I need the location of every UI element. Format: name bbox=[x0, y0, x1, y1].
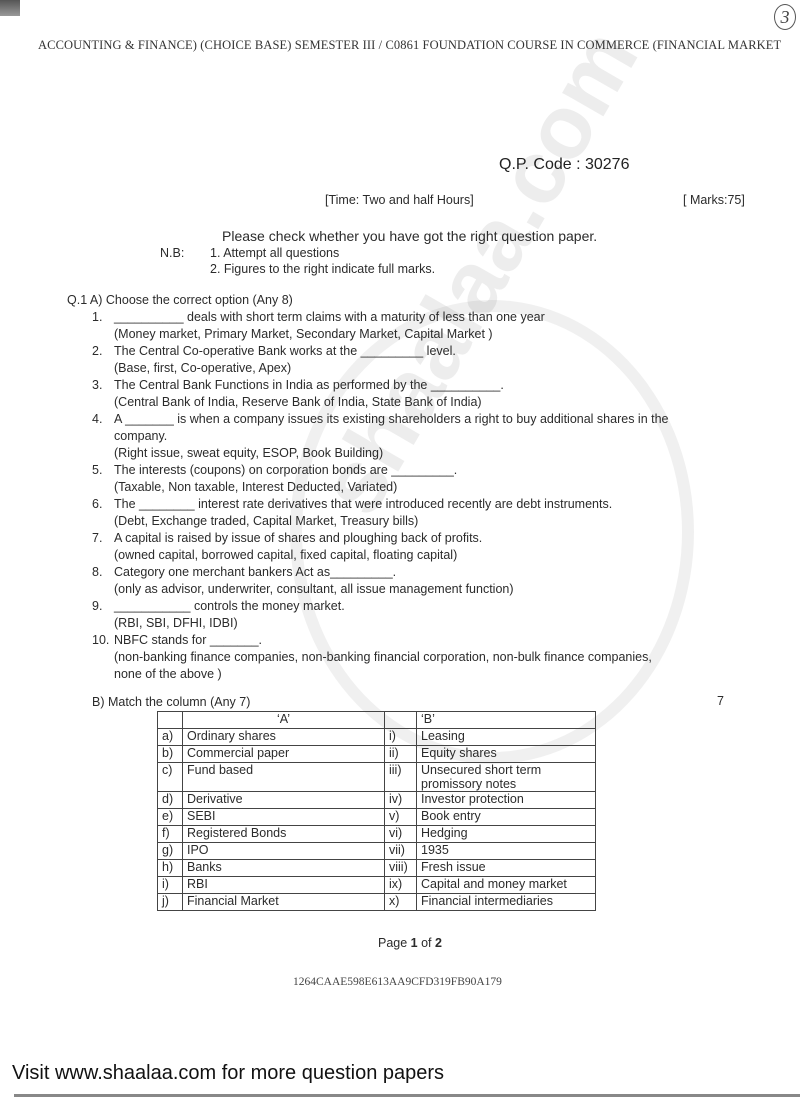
row-roman: ix) bbox=[385, 877, 417, 894]
scan-artifact bbox=[0, 0, 20, 16]
column-a-item: Fund based bbox=[183, 763, 385, 792]
row-roman: iv) bbox=[385, 792, 417, 809]
question-options: (Debt, Exchange traded, Capital Market, … bbox=[114, 513, 418, 530]
question-number: 2. bbox=[92, 343, 102, 360]
question-options: (Base, first, Co-operative, Apex) bbox=[114, 360, 291, 377]
question-options: (Right issue, sweat equity, ESOP, Book B… bbox=[114, 445, 383, 462]
row-letter: e) bbox=[158, 809, 183, 826]
row-letter: c) bbox=[158, 763, 183, 792]
row-letter: b) bbox=[158, 746, 183, 763]
column-b-item: Financial intermediaries bbox=[417, 894, 596, 911]
document-hash: 1264CAAE598E613AA9CFD319FB90A179 bbox=[293, 976, 502, 988]
row-roman: iii) bbox=[385, 763, 417, 792]
row-roman: v) bbox=[385, 809, 417, 826]
question-number: 5. bbox=[92, 462, 102, 479]
column-b-item: Equity shares bbox=[417, 746, 596, 763]
question-options: (owned capital, borrowed capital, fixed … bbox=[114, 547, 457, 564]
question-number: 3. bbox=[92, 377, 102, 394]
q1b-heading: B) Match the column (Any 7) bbox=[92, 694, 250, 711]
column-a-item: SEBI bbox=[183, 809, 385, 826]
match-header-row: ‘A’ ‘B’ bbox=[158, 712, 596, 729]
question-text: A _______ is when a company issues its e… bbox=[114, 411, 669, 428]
exam-time: [Time: Two and half Hours] bbox=[325, 193, 474, 207]
column-b-item: Fresh issue bbox=[417, 860, 596, 877]
bottom-rule bbox=[14, 1094, 800, 1097]
match-row: h)Banksviii)Fresh issue bbox=[158, 860, 596, 877]
nb-label: N.B: bbox=[160, 246, 184, 260]
question-text: The Central Bank Functions in India as p… bbox=[114, 377, 504, 394]
question-options: (Money market, Primary Market, Secondary… bbox=[114, 326, 493, 343]
column-a-item: RBI bbox=[183, 877, 385, 894]
column-b-item: Capital and money market bbox=[417, 877, 596, 894]
question-number: 4. bbox=[92, 411, 102, 428]
qp-code: Q.P. Code : 30276 bbox=[499, 156, 629, 174]
match-row: i)RBIix)Capital and money market bbox=[158, 877, 596, 894]
column-a-item: Registered Bonds bbox=[183, 826, 385, 843]
check-note: Please check whether you have got the ri… bbox=[222, 228, 597, 244]
question-number: 8. bbox=[92, 564, 102, 581]
match-row: f)Registered Bondsvi)Hedging bbox=[158, 826, 596, 843]
col-b-header: ‘B’ bbox=[417, 712, 596, 729]
handwritten-page-number: 3 bbox=[774, 4, 796, 30]
question-options-cont: none of the above ) bbox=[114, 666, 222, 683]
row-roman: vi) bbox=[385, 826, 417, 843]
question-text: __________ deals with short term claims … bbox=[114, 309, 545, 326]
question-options: (only as advisor, underwriter, consultan… bbox=[114, 581, 514, 598]
exam-marks: [ Marks:75] bbox=[683, 193, 745, 207]
q1a-heading: Q.1 A) Choose the correct option (Any 8) bbox=[67, 292, 293, 309]
column-b-item: Investor protection bbox=[417, 792, 596, 809]
row-letter: f) bbox=[158, 826, 183, 843]
column-a-item: Banks bbox=[183, 860, 385, 877]
question-number: 10. bbox=[92, 632, 109, 649]
question-text: A capital is raised by issue of shares a… bbox=[114, 530, 482, 547]
question-options: (Central Bank of India, Reserve Bank of … bbox=[114, 394, 482, 411]
column-b-item: Hedging bbox=[417, 826, 596, 843]
row-letter: d) bbox=[158, 792, 183, 809]
match-row: c)Fund basediii)Unsecured short term pro… bbox=[158, 763, 596, 792]
row-roman: viii) bbox=[385, 860, 417, 877]
col-a-header: ‘A’ bbox=[183, 712, 385, 729]
match-row: d)Derivativeiv)Investor protection bbox=[158, 792, 596, 809]
question-text: NBFC stands for _______. bbox=[114, 632, 262, 649]
nb-item: 1. Attempt all questions bbox=[210, 246, 339, 260]
question-options: (RBI, SBI, DFHI, IDBI) bbox=[114, 615, 238, 632]
column-a-item: Ordinary shares bbox=[183, 729, 385, 746]
question-text: The Central Co-operative Bank works at t… bbox=[114, 343, 456, 360]
match-row: g)IPOvii)1935 bbox=[158, 843, 596, 860]
row-letter: j) bbox=[158, 894, 183, 911]
row-roman: x) bbox=[385, 894, 417, 911]
course-header: ACCOUNTING & FINANCE) (CHOICE BASE) SEME… bbox=[38, 38, 781, 53]
question-text: The ________ interest rate derivatives t… bbox=[114, 496, 612, 513]
row-letter: h) bbox=[158, 860, 183, 877]
column-b-item: Leasing bbox=[417, 729, 596, 746]
question-options: (non-banking finance companies, non-bank… bbox=[114, 649, 652, 666]
q1b-marks: 7 bbox=[717, 694, 724, 708]
question-number: 1. bbox=[92, 309, 102, 326]
column-b-item: Book entry bbox=[417, 809, 596, 826]
column-a-item: Commercial paper bbox=[183, 746, 385, 763]
nb-item: 2. Figures to the right indicate full ma… bbox=[210, 262, 435, 276]
match-row: e)SEBIv)Book entry bbox=[158, 809, 596, 826]
question-text: The interests (coupons) on corporation b… bbox=[114, 462, 457, 479]
row-letter: i) bbox=[158, 877, 183, 894]
match-table: ‘A’ ‘B’ a)Ordinary sharesi)Leasingb)Comm… bbox=[157, 711, 596, 911]
question-text: ___________ controls the money market. bbox=[114, 598, 345, 615]
row-roman: ii) bbox=[385, 746, 417, 763]
visit-banner: Visit www.shaalaa.com for more question … bbox=[12, 1062, 444, 1085]
column-a-item: Derivative bbox=[183, 792, 385, 809]
match-row: b)Commercial paperii)Equity shares bbox=[158, 746, 596, 763]
row-roman: i) bbox=[385, 729, 417, 746]
page-indicator: Page 1 of 2 bbox=[378, 936, 442, 950]
row-letter: g) bbox=[158, 843, 183, 860]
question-text-cont: company. bbox=[114, 428, 167, 445]
question-number: 7. bbox=[92, 530, 102, 547]
question-number: 6. bbox=[92, 496, 102, 513]
column-a-item: Financial Market bbox=[183, 894, 385, 911]
row-roman: vii) bbox=[385, 843, 417, 860]
question-options: (Taxable, Non taxable, Interest Deducted… bbox=[114, 479, 397, 496]
match-row: a)Ordinary sharesi)Leasing bbox=[158, 729, 596, 746]
match-row: j)Financial Marketx)Financial intermedia… bbox=[158, 894, 596, 911]
column-b-item: Unsecured short term promissory notes bbox=[417, 763, 596, 792]
column-a-item: IPO bbox=[183, 843, 385, 860]
row-letter: a) bbox=[158, 729, 183, 746]
question-text: Category one merchant bankers Act as____… bbox=[114, 564, 396, 581]
question-number: 9. bbox=[92, 598, 102, 615]
column-b-item: 1935 bbox=[417, 843, 596, 860]
